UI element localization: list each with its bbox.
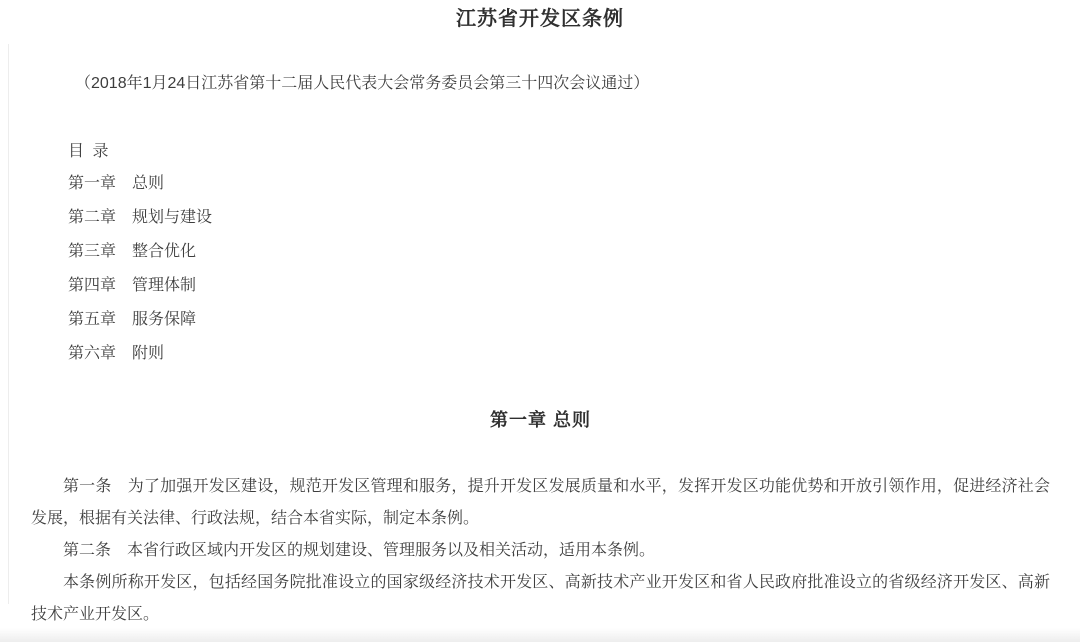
adoption-note: （2018年1月24日江苏省第十二届人民代表大会常务委员会第三十四次会议通过） <box>75 75 1050 93</box>
toc-heading: 目 录 <box>68 143 1050 161</box>
toc-list: 第一章 总则 第二章 规划与建设 第三章 整合优化 第四章 管理体制 第五章 服… <box>68 167 1050 371</box>
table-of-contents: 目 录 第一章 总则 第二章 规划与建设 第三章 整合优化 第四章 管理体制 第… <box>31 143 1050 371</box>
toc-item-chapter-5: 第五章 服务保障 <box>68 303 1050 337</box>
paragraph-article-1: 第一条 为了加强开发区建设，规范开发区管理和服务，提升开发区发展质量和水平，发挥… <box>31 471 1050 535</box>
toc-item-chapter-6: 第六章 附则 <box>68 337 1050 371</box>
toc-item-chapter-1: 第一章 总则 <box>68 167 1050 201</box>
document-body: 第一条 为了加强开发区建设，规范开发区管理和服务，提升开发区发展质量和水平，发挥… <box>31 471 1050 631</box>
document-content: （2018年1月24日江苏省第十二届人民代表大会常务委员会第三十四次会议通过） … <box>0 75 1080 631</box>
chapter-1-heading: 第一章 总则 <box>31 411 1050 429</box>
toc-item-chapter-3: 第三章 整合优化 <box>68 235 1050 269</box>
document-page: 江苏省开发区条例 （2018年1月24日江苏省第十二届人民代表大会常务委员会第三… <box>0 0 1080 642</box>
paragraph-definition: 本条例所称开发区，包括经国务院批准设立的国家级经济技术开发区、高新技术产业开发区… <box>31 567 1050 631</box>
paragraph-article-2: 第二条 本省行政区域内开发区的规划建设、管理服务以及相关活动，适用本条例。 <box>31 535 1050 567</box>
document-title: 江苏省开发区条例 <box>0 0 1080 29</box>
toc-item-chapter-4: 第四章 管理体制 <box>68 269 1050 303</box>
page-edge-line <box>8 44 9 604</box>
toc-item-chapter-2: 第二章 规划与建设 <box>68 201 1050 235</box>
